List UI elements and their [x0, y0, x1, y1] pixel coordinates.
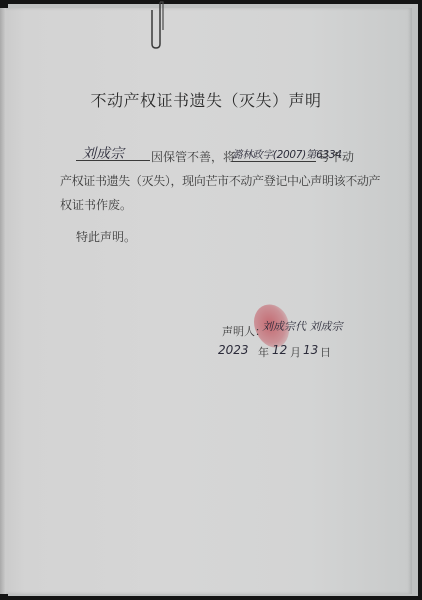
- certificate-underline: [232, 161, 316, 162]
- date-day-label: 日: [320, 344, 331, 360]
- signer-handwritten: 刘成宗代 刘成宗: [262, 318, 343, 334]
- signature-label: 声明人：: [222, 323, 266, 339]
- date-month-handwritten: 12: [272, 343, 287, 357]
- date-month-label: 月: [290, 344, 301, 360]
- line3-text: 权证书作废。: [60, 196, 132, 213]
- date-year-handwritten: 2023: [218, 343, 249, 357]
- date-day-handwritten: 13: [303, 343, 318, 357]
- document-title: 不动产权证书遗失（灭失）声明: [0, 88, 412, 111]
- closing-text: 特此声明。: [76, 228, 136, 245]
- date-year-label: 年: [258, 344, 269, 360]
- line2-text: 产权证书遗失（灭失），现向芒市不动产登记中心声明该不动产: [60, 172, 380, 189]
- document-photo: 不动产权证书遗失（灭失）声明 刘成宗 因保管不善，将 潞林政字(2007)第63…: [0, 0, 422, 600]
- line1-text-b: 号不动: [318, 148, 354, 165]
- name-underline: [76, 160, 150, 161]
- line1-text-a: 因保管不善，将: [151, 148, 235, 165]
- paperclip-icon: [151, 0, 165, 50]
